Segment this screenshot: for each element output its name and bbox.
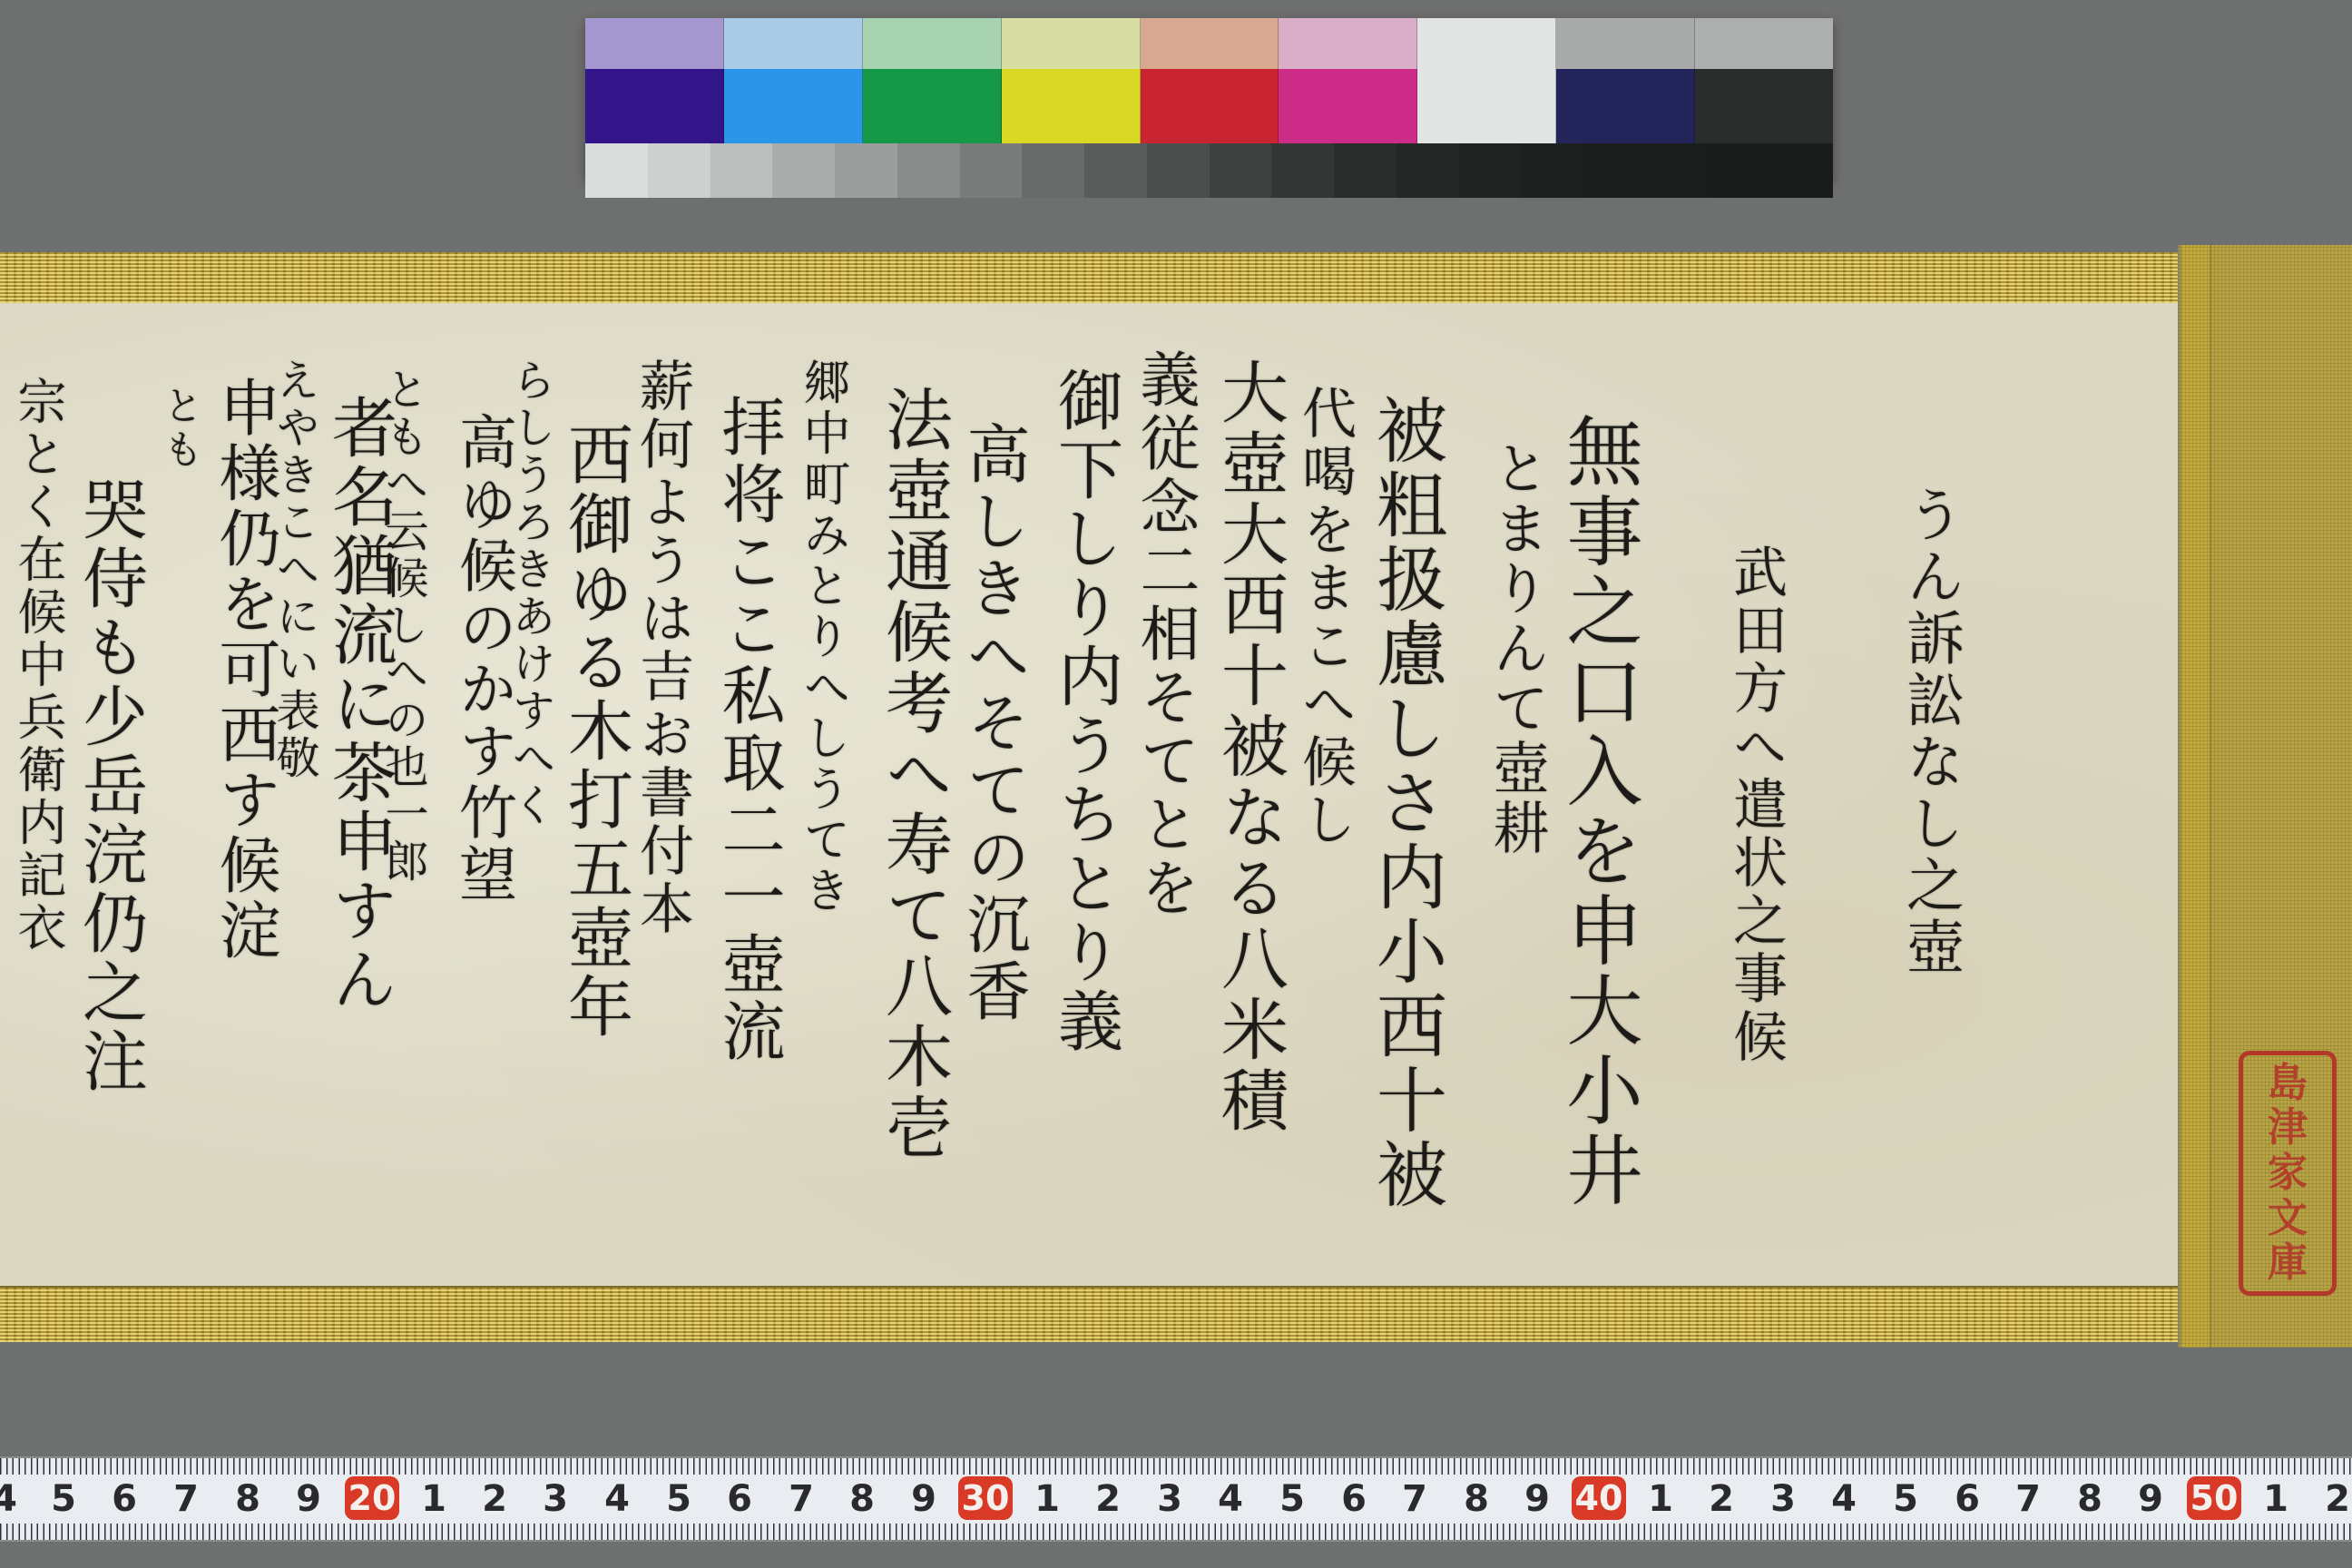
ruler-cm-label: 8 <box>230 1478 266 1520</box>
color-swatch <box>585 18 724 69</box>
ruler-cm-label: 1 <box>1029 1478 1065 1520</box>
color-swatch <box>1695 69 1833 143</box>
color-swatch <box>1002 69 1141 143</box>
calligraphy-column: 被粗扱慮しさ内小西十被 <box>1370 394 1441 1212</box>
gray-swatch <box>1147 143 1210 198</box>
ruler-cm-label: 4 <box>1826 1478 1862 1520</box>
calligraphy-column: 拝将ここ私取二一壺流 <box>717 394 780 1065</box>
ruler-cm-label: 7 <box>1396 1478 1433 1520</box>
calligraphy-column: 西御ゆる木打五壺年 <box>563 421 628 1042</box>
saturated-swatch-row <box>585 69 1833 143</box>
color-swatch <box>1141 18 1279 69</box>
ruler-cm-label: 9 <box>906 1478 942 1520</box>
gray-swatch <box>1396 143 1459 198</box>
ruler-cm-label: 6 <box>106 1478 142 1520</box>
calligraphy-column: 薪何ようは吉お書付本 <box>635 358 690 938</box>
ruler-cm-label: 2 <box>1703 1478 1739 1520</box>
ruler-cm-label: 4 <box>599 1478 635 1520</box>
seal-glyph: 庫 <box>2268 1243 2308 1283</box>
gray-swatch <box>710 143 773 198</box>
ruler-cm-label: 1 <box>1642 1478 1679 1520</box>
gray-swatch <box>1210 143 1272 198</box>
calligraphy-column: 義従念二相そてとを <box>1134 348 1194 920</box>
gray-swatch <box>1334 143 1396 198</box>
color-swatch <box>1279 18 1417 69</box>
ruler-cm-label: 8 <box>2072 1478 2108 1520</box>
color-swatch <box>1417 18 1556 69</box>
ruler-cm-label: 3 <box>537 1478 573 1520</box>
ruler-cm-label: 4 <box>0 1478 23 1520</box>
calligraphy-column: 申様仍を可西す候淀 <box>213 376 275 964</box>
ruler-cm-label: 4 <box>1212 1478 1249 1520</box>
color-swatch <box>1279 69 1417 143</box>
ruler-cm-label: 7 <box>783 1478 819 1520</box>
gray-swatch <box>1770 143 1833 198</box>
red-collector-seal: 島津家文庫 <box>2239 1051 2337 1296</box>
ruler-cm-label: 5 <box>661 1478 697 1520</box>
gray-swatch <box>1022 143 1084 198</box>
gray-swatch <box>1583 143 1646 198</box>
calligraphy-paper: うん訴訟なし之壺武田方へ遣状之事候無事之口入を申大小井とまりんて壺耕被粗扱慮しさ… <box>0 303 2178 1286</box>
ruler-cm-label: 3 <box>1765 1478 1801 1520</box>
calligraphy-column: 大壺大西十被なる八米積 <box>1216 358 1283 1136</box>
ruler-decade-label: 20 <box>345 1476 399 1520</box>
ruler-cm-label: 1 <box>2258 1478 2294 1520</box>
ruler-cm-label: 9 <box>2132 1478 2169 1520</box>
pastel-swatch-row <box>585 18 1833 69</box>
measuring-tape-ruler: 4567892012345678930123456789401234567895… <box>0 1456 2352 1542</box>
ruler-cm-label: 7 <box>168 1478 204 1520</box>
gray-swatch <box>835 143 897 198</box>
grayscale-strip <box>585 143 1833 198</box>
ruler-decade-label: 30 <box>958 1476 1013 1520</box>
top-gold-brocade-border <box>0 252 2178 305</box>
calligraphy-column: 武田方へ遣状之事候 <box>1729 544 1783 1066</box>
gray-swatch <box>1459 143 1522 198</box>
color-swatch <box>1002 18 1141 69</box>
gray-swatch <box>772 143 835 198</box>
seal-glyph: 島 <box>2268 1063 2308 1103</box>
ruler-cm-label: 7 <box>2010 1478 2046 1520</box>
color-swatch <box>863 69 1002 143</box>
color-swatch <box>1556 69 1695 143</box>
ruler-cm-label: 8 <box>1458 1478 1494 1520</box>
seal-glyph: 津 <box>2268 1108 2308 1148</box>
ruler-top-ticks <box>0 1458 2352 1475</box>
seal-glyph: 文 <box>2268 1199 2308 1239</box>
ruler-cm-label: 1 <box>416 1478 452 1520</box>
ruler-cm-label: 6 <box>1949 1478 1985 1520</box>
gray-swatch <box>648 143 710 198</box>
calligraphy-column: とまりんて壺耕 <box>1488 439 1544 858</box>
calligraphy-column: 宗とく在候中兵衛内記衣 <box>14 376 63 955</box>
gray-swatch <box>1271 143 1334 198</box>
ruler-cm-label: 5 <box>45 1478 82 1520</box>
calligraphy-column: 高ゆ候のかす竹望 <box>454 412 512 906</box>
ruler-cm-label: 2 <box>476 1478 513 1520</box>
gray-swatch <box>1709 143 1771 198</box>
calligraphy-column: うん訴訟なし之壺 <box>1901 485 1959 978</box>
gray-swatch <box>1084 143 1147 198</box>
ruler-cm-label: 3 <box>1151 1478 1188 1520</box>
ruler-cm-label: 2 <box>1090 1478 1126 1520</box>
bottom-gold-brocade-border <box>0 1286 2178 1342</box>
gray-swatch <box>1521 143 1583 198</box>
calligraphy-column: 哭侍も少岳浣仍之注 <box>77 475 142 1096</box>
color-swatch <box>1556 18 1695 69</box>
calligraphy-column: 御下しり内うちとり義 <box>1053 367 1118 1056</box>
calligraphy-column: とも <box>159 385 199 472</box>
seal-glyph: 家 <box>2268 1153 2308 1193</box>
color-swatch <box>1417 69 1556 143</box>
ruler-cm-label: 9 <box>1519 1478 1555 1520</box>
ruler-cm-label: 2 <box>2319 1478 2352 1520</box>
gray-swatch <box>897 143 960 198</box>
color-swatch <box>585 69 724 143</box>
ruler-cm-label: 5 <box>1274 1478 1310 1520</box>
ruler-bottom-ticks <box>0 1524 2352 1540</box>
color-swatch <box>1141 69 1279 143</box>
gray-swatch <box>1646 143 1709 198</box>
calligraphy-column: 代喝をまこへ候し <box>1298 385 1352 849</box>
calligraphy-column: 高しきへそての沉香 <box>962 421 1025 1025</box>
calligraphy-column: 法壺通候考へ寿て八木壱 <box>880 385 947 1163</box>
ruler-cm-label: 9 <box>290 1478 327 1520</box>
ruler-cm-label: 6 <box>721 1478 758 1520</box>
ruler-cm-label: 8 <box>844 1478 880 1520</box>
ruler-decade-label: 50 <box>2187 1476 2241 1520</box>
ruler-decade-label: 40 <box>1572 1476 1626 1520</box>
gray-swatch <box>585 143 648 198</box>
gray-swatch <box>960 143 1023 198</box>
color-swatch <box>1695 18 1833 69</box>
calligraphy-column: 無事之口入を申大小井 <box>1561 412 1637 1210</box>
color-swatch <box>863 18 1002 69</box>
color-swatch <box>724 69 863 143</box>
color-calibration-target <box>585 18 1833 180</box>
calligraphy-column: 郷中町みとりへしうてき <box>799 358 846 916</box>
calligraphy-column: 者名猶流に茶申すん <box>327 394 392 1014</box>
ruler-cm-label: 6 <box>1336 1478 1372 1520</box>
color-swatch <box>724 18 863 69</box>
ruler-cm-label: 5 <box>1887 1478 1924 1520</box>
handscroll: うん訴訟なし之壺武田方へ遣状之事候無事之口入を申大小井とまりんて壺耕被粗扱慮しさ… <box>0 252 2178 1341</box>
